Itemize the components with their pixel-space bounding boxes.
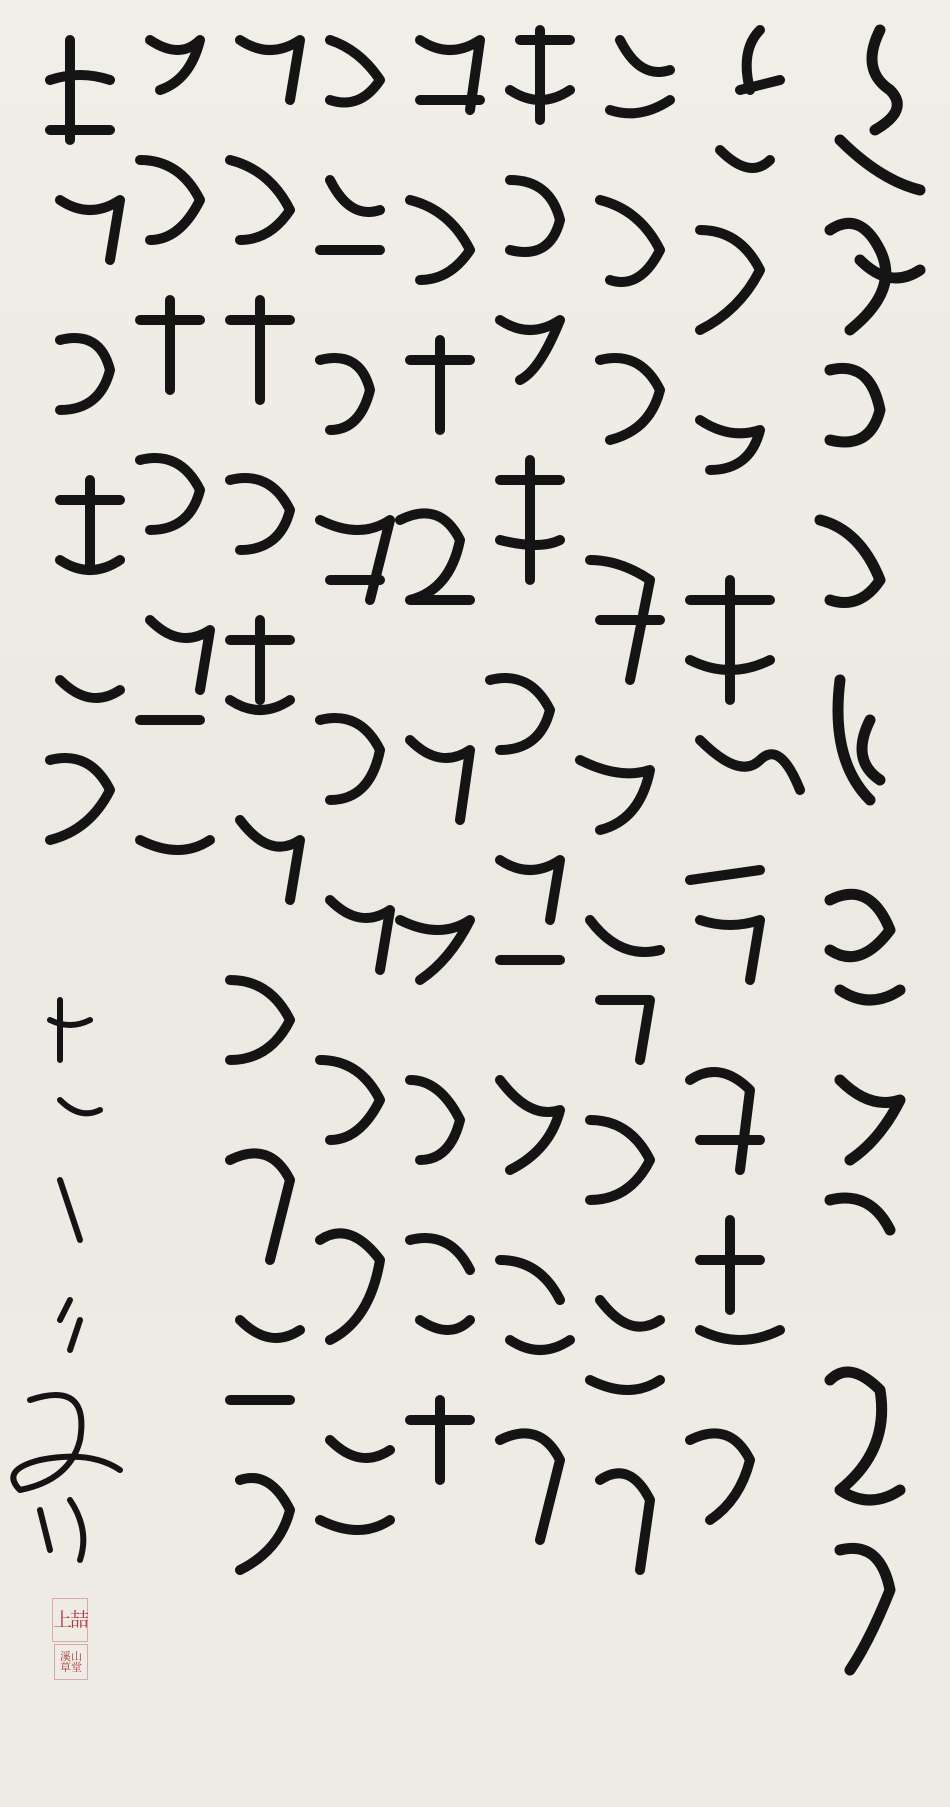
calligraphy-column-8 <box>140 40 210 850</box>
calligraphy-ink <box>0 0 950 1807</box>
calligraphy-column-9 <box>50 40 120 840</box>
calligraphy-column-3 <box>580 40 670 1570</box>
calligraphy-column-1 <box>820 30 920 1670</box>
seal-upper: 上喆 <box>52 1598 88 1642</box>
calligraphy-column-6 <box>320 40 390 1530</box>
seal-lower: 溪山草堂 <box>54 1644 88 1680</box>
signature-inscription <box>13 1000 120 1560</box>
calligraphy-column-4 <box>490 30 570 1540</box>
calligraphy-column-2 <box>690 30 800 1520</box>
calligraphy-column-5 <box>400 40 480 1480</box>
calligraphy-column-7 <box>230 40 300 1570</box>
